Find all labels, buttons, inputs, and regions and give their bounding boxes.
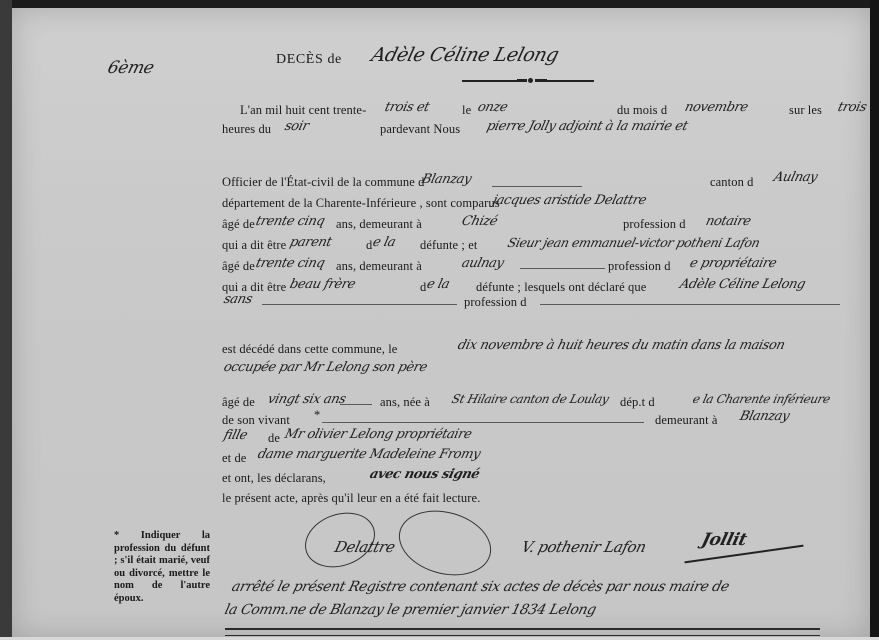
footnote-instructions: * Indiquer la profession du défunt ; s'i… [114, 530, 210, 605]
printed-text: et de [222, 451, 246, 466]
handwritten-deceased-name: Adèle Céline Lelong [678, 277, 807, 292]
printed-text: sur les [789, 103, 822, 118]
signature-declarant2: V. pothenir Lafon [520, 538, 648, 556]
handwritten-year: trois et [383, 100, 431, 115]
fill-line [520, 268, 605, 269]
fill-line [340, 404, 372, 405]
scan-left-border [0, 0, 12, 640]
printed-text: pardevant Nous [380, 122, 460, 137]
printed-text: du mois d [617, 103, 667, 118]
handwritten-canton: Aulnay [772, 170, 819, 185]
printed-text: est décédé dans cette commune, le [222, 342, 397, 357]
printed-text: le [462, 103, 471, 118]
printed-text: ans, demeurant à [336, 217, 422, 232]
handwritten-deceased-residence: Blanzay [738, 409, 791, 424]
handwritten-article: e la [425, 277, 451, 292]
title-ornament-divider [462, 78, 594, 84]
handwritten-declarant1-profession: notaire [704, 214, 752, 229]
printed-text: profession d [464, 295, 527, 310]
handwritten-declarant2-relation: beau frère [288, 277, 357, 292]
printed-text: défunte ; lesquels ont déclaré que [476, 280, 646, 295]
handwritten-filiation: fille [222, 428, 249, 443]
printed-text: ans, née à [380, 395, 430, 410]
handwritten-declarant1-residence: Chizé [460, 214, 499, 229]
signature-declarant1: Delattre [333, 538, 397, 556]
handwritten-hour: trois [836, 100, 868, 115]
handwritten-declarant1-age: trente cinq [254, 214, 326, 229]
handwritten-declarant1-relation: parent [288, 235, 333, 250]
handwritten-deceased-profession: sans [222, 292, 254, 307]
fill-line [322, 422, 644, 423]
handwritten-father: Mr olivier Lelong propriétaire [283, 427, 473, 442]
handwritten-death-place-detail: occupée par Mr Lelong son père [222, 360, 428, 375]
printed-text: profession d [623, 217, 686, 232]
closing-note-line1: arrêté le présent Registre contenant six… [230, 579, 731, 595]
handwritten-declarant1-name: jacques aristide Delattre [491, 193, 648, 208]
scanned-register-page: 6ème DECÈS de Adèle Céline Lelong L'an m… [0, 0, 879, 640]
deceased-name-title: Adèle Céline Lelong [369, 44, 561, 66]
title-printed: DECÈS de [276, 52, 342, 68]
printed-text: profession d [608, 259, 671, 274]
printed-text: ans, demeurant à [336, 259, 422, 274]
printed-text: Officier de l'État-civil de la commune d [222, 175, 424, 190]
printed-text: qui a dit être [222, 238, 286, 253]
printed-text: L'an mil huit cent trente- [240, 103, 366, 118]
handwritten-month: novembre [683, 100, 749, 115]
handwritten-birthplace: St Hilaire canton de Loulay [450, 392, 610, 406]
printed-text: de [268, 431, 280, 446]
handwritten-death-date-place: dix novembre à huit heures du matin dans… [456, 338, 786, 353]
printed-text: heures du [222, 122, 271, 137]
handwritten-mother: dame marguerite Madeleine Fromy [256, 447, 482, 462]
scan-right-border [870, 0, 879, 640]
printed-text: de son vivant [222, 413, 290, 428]
scan-top-border [0, 0, 879, 8]
handwritten-declarant2-name: Sieur jean emmanuel-victor potheni Lafon [506, 235, 761, 250]
footnote-asterisk: * [314, 408, 320, 423]
handwritten-declarant2-age: trente cinq [254, 256, 326, 271]
handwritten-officer-name: pierre Jolly adjoint à la mairie et [485, 119, 689, 134]
handwritten-birth-department: e la Charente inférieure [691, 392, 831, 406]
printed-text: et ont, les déclarans, [222, 471, 326, 486]
fill-line [262, 304, 457, 305]
printed-text: le présent acte, après qu'il leur en a é… [222, 491, 480, 506]
handwritten-declarant2-profession: e propriétaire [688, 256, 778, 271]
end-of-act-double-rule [225, 628, 820, 636]
printed-text: âgé de [222, 217, 255, 232]
closing-note-line2: la Comm.ne de Blanzay le premier janvier… [223, 602, 598, 618]
printed-text: dép.t d [620, 395, 655, 410]
printed-text: demeurant à [655, 413, 718, 428]
printed-text: département de la Charente-Inférieure , … [222, 196, 500, 211]
printed-text: canton d [710, 175, 754, 190]
margin-entry-number: 6ème [106, 58, 156, 78]
printed-text: âgé de [222, 259, 255, 274]
handwritten-deceased-age: vingt six ans [266, 392, 347, 407]
printed-text: âgé de [222, 395, 255, 410]
handwritten-day: onze [476, 100, 509, 115]
signature-officer: Jollit [700, 530, 749, 550]
handwritten-time-of-day: soir [283, 119, 310, 134]
fill-line [540, 304, 840, 305]
fill-line [492, 186, 582, 187]
handwritten-signature-statement: avec nous signé [368, 467, 481, 482]
handwritten-commune: Blanzay [420, 172, 473, 187]
printed-text: défunte ; et [420, 238, 477, 253]
handwritten-declarant2-residence: aulnay [460, 256, 505, 271]
handwritten-article: e la [371, 235, 397, 250]
